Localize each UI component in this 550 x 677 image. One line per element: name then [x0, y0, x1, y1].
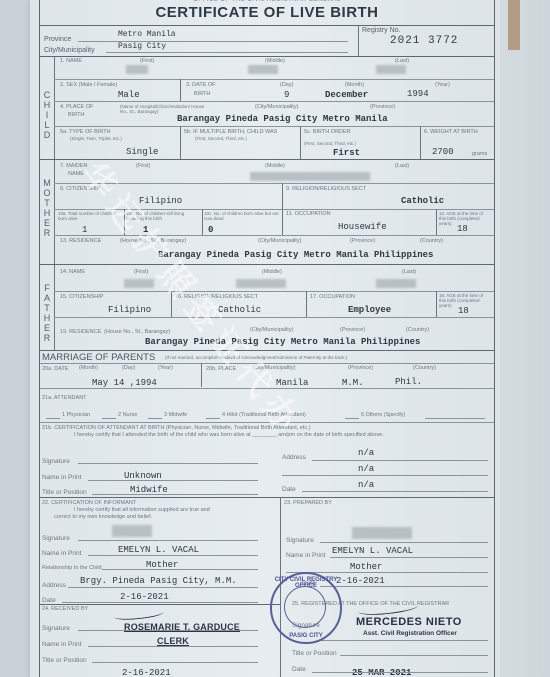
attendant-name-label: Name in Print [42, 474, 81, 481]
redacted-last-name [376, 65, 406, 74]
sex-value: Male [118, 90, 140, 100]
weight-value: 2700 [432, 147, 454, 157]
document-title: CERTIFICATE OF LIVE BIRTH [40, 4, 494, 21]
informant-date-value: 2-16-2021 [120, 592, 169, 602]
divider [40, 604, 280, 605]
divider [180, 126, 181, 159]
divider [54, 317, 494, 318]
attendant-option-others[interactable]: 5 Others (Specify) [361, 412, 405, 418]
registrar-name: MERCEDES NIETO [356, 616, 462, 628]
registered-title-label: Title or Position [292, 650, 337, 657]
multiple-birth-hint: (First, Second, Third, etc.) [195, 136, 247, 141]
divider [54, 101, 494, 102]
deceased-children-value: 0 [208, 225, 213, 235]
still-living-value: 1 [143, 225, 148, 235]
mother-occupation-label: 11. OCCUPATION [286, 211, 331, 217]
divider [436, 291, 437, 317]
mother-last-label: (Last) [395, 163, 409, 169]
total-children-value: 1 [82, 225, 87, 235]
divider [40, 56, 494, 57]
prepared-name-value: EMELYN L. VACAL [332, 546, 413, 556]
mother-first-label: (First) [136, 163, 150, 169]
birth-order-hint: (First, Second, Third, etc.) [304, 141, 356, 146]
attendant-option-hilot[interactable]: 4 Hilot (Traditional Birth Attendant) [222, 412, 306, 418]
marriage-month-label: (Month) [79, 365, 98, 371]
divider [54, 126, 494, 127]
maiden-name-label-2: NAME [68, 171, 84, 177]
divider [306, 291, 307, 317]
divider [358, 25, 359, 56]
father-occupation-value: Employee [348, 305, 391, 315]
divider [282, 209, 283, 235]
attendant-option-physician[interactable]: 1 Physician [62, 412, 90, 418]
checkbox-line [345, 418, 359, 419]
agency-name: OFFICE OF THE CIVIL REGISTRAR GENERAL [40, 0, 494, 3]
divider [40, 350, 494, 351]
checkbox-line [46, 418, 60, 419]
mother-citizenship-value: Filipino [139, 196, 182, 206]
checkbox-line [102, 418, 116, 419]
province-value: Metro Manila [118, 30, 176, 39]
mother-religion-label: 9. RELIGION/RELIGIOUS SECT [286, 186, 366, 192]
marriage-country-label: (Country) [413, 365, 436, 371]
pob-label: 4. PLACE OF [60, 104, 93, 110]
child-name-label: 1. NAME [60, 58, 82, 64]
father-residence-value: Barangay Pineda Pasig City Metro Manila … [145, 337, 420, 347]
prepared-title-value: Mother [350, 562, 382, 572]
marriage-province-value: M.M. [342, 378, 364, 388]
marriage-year-label: (Year) [158, 365, 173, 371]
informant-address-label: Address [42, 582, 66, 589]
redacted-mother-name [250, 172, 370, 181]
birth-order-value: First [333, 148, 360, 158]
underline [102, 569, 258, 570]
mother-province-label: (Province) [350, 238, 375, 244]
divider [171, 291, 172, 317]
underline [282, 475, 488, 476]
father-citizenship-value: Filipino [108, 305, 151, 315]
divider [40, 159, 494, 160]
section-label-child: CHILD [42, 90, 52, 140]
divider [202, 209, 203, 235]
dob-day: 9 [284, 90, 289, 100]
underline [302, 491, 488, 492]
attendant-option-midwife[interactable]: 3 Midwife [164, 412, 187, 418]
father-residence-label: 19. RESIDENCE [60, 329, 101, 335]
marriage-place-label: 20b. PLACE [206, 366, 236, 372]
redacted-father-middle [236, 279, 286, 288]
city-value: Pasig City [118, 42, 166, 51]
informant-relationship-label: Relationship to the Child [42, 565, 102, 571]
attendant-signature-label: Signature [42, 458, 70, 465]
father-middle-label: (Middle) [262, 269, 282, 275]
mother-citizenship-label: 8. CITIZENSHIP [60, 186, 100, 192]
underline [92, 662, 258, 663]
redacted-father-last [376, 279, 416, 288]
father-country-label: (Country) [406, 327, 429, 333]
underline [78, 463, 258, 464]
received-name-label: Name in Print [42, 641, 81, 648]
attendant-cert-text: I hereby certify that I attended the bir… [74, 432, 384, 438]
divider [40, 363, 494, 364]
divider [300, 126, 301, 159]
informant-text-2: correct to my own knowledge and belief. [54, 514, 152, 520]
informant-heading: 22. CERTIFICATION OF INFORMANT [42, 500, 136, 506]
underline [320, 586, 488, 587]
seal-emblem [284, 586, 326, 628]
underline [320, 542, 488, 543]
marriage-day-label: (Day) [122, 365, 135, 371]
mother-age-value: 18 [457, 224, 468, 234]
still-living-label: 10b. No. of children still living includ… [126, 211, 196, 221]
divider [40, 25, 494, 26]
mother-residence-label: 13. RESIDENCE [60, 238, 101, 244]
sex-label: 2. SEX (Male / Female) [60, 82, 117, 88]
divider [54, 183, 494, 184]
type-of-birth-value: Single [126, 147, 158, 157]
divider [40, 264, 494, 265]
divider [436, 209, 437, 235]
marriage-date-value: May 14 ,1994 [92, 378, 157, 388]
redacted-preparer-signature [352, 527, 412, 539]
father-age-value: 18 [458, 306, 469, 316]
father-occupation-label: 17. OCCUPATION [310, 294, 355, 300]
underline [92, 494, 258, 495]
dob-year: 1994 [407, 89, 429, 99]
marriage-city-label: (City/Municipality) [252, 365, 295, 371]
underline [88, 646, 258, 647]
informant-name-value: EMELYN L. VACAL [118, 545, 199, 555]
marriage-country-value: Phil. [395, 377, 422, 387]
month-label: (Month) [345, 82, 364, 88]
maiden-name-label: 7. MAIDEN [60, 163, 88, 169]
attendant-cert-label: 21b. CERTIFICATION OF ATTENDANT AT BIRTH… [42, 425, 311, 431]
father-city-label: (City/Municipality) [250, 327, 293, 333]
attendant-address-label: Address [282, 454, 306, 461]
father-citizenship-label: 15. CITIZENSHIP [60, 294, 103, 300]
checkbox-line [206, 418, 220, 419]
section-label-mother: MOTHER [42, 178, 52, 238]
divider [54, 209, 494, 210]
pob-province-label: (Province) [370, 104, 395, 110]
registered-date-label: Date [292, 666, 306, 673]
child-middle-label: (Middle) [265, 58, 285, 64]
divider [180, 79, 181, 101]
dob-month: December [325, 90, 368, 100]
underline [340, 655, 488, 656]
redacted-middle-name [248, 65, 278, 74]
informant-signature-label: Signature [42, 535, 70, 542]
received-signature-label: Signature [42, 625, 70, 632]
divider [54, 79, 494, 80]
folder-tab [508, 0, 520, 50]
divider [124, 209, 125, 235]
year-label: (Year) [435, 82, 450, 88]
marriage-province-label: (Province) [348, 365, 373, 371]
prepared-signature-label: Signature [286, 537, 314, 544]
mother-country-label: (Country) [420, 238, 443, 244]
attendant-option-nurse[interactable]: 2 Nurse [118, 412, 137, 418]
divider [282, 183, 283, 209]
divider [40, 388, 494, 389]
received-title-value: CLERK [157, 636, 189, 646]
marriage-heading: MARRIAGE OF PARENTS [42, 352, 155, 363]
mother-middle-label: (Middle) [265, 163, 285, 169]
deceased-children-label: 10c. No. of children born alive but are … [204, 211, 279, 221]
child-first-label: (First) [140, 58, 154, 64]
marriage-note: (If not married, accomplish Affidavit of… [165, 355, 347, 360]
dob-label: 3. DATE OF [186, 82, 216, 88]
informant-text-1: I hereby certify that all information su… [74, 507, 210, 513]
background-strip [500, 0, 550, 677]
underline [106, 52, 348, 53]
weight-label: 6. WEIGHT AT BIRTH [424, 129, 478, 135]
divider [420, 126, 421, 159]
divider [54, 235, 494, 236]
checkbox-line [148, 418, 162, 419]
attendant-date-value: n/a [358, 480, 374, 490]
divider [40, 422, 494, 423]
pob-label-2: BIRTH [68, 112, 84, 118]
prepared-by-heading: 23. PREPARED BY [284, 500, 332, 506]
registry-number: 2021 3772 [390, 35, 458, 47]
father-name-label: 14. NAME [60, 269, 85, 275]
prepared-name-label: Name in Print [286, 552, 325, 559]
informant-name-label: Name in Print [42, 550, 81, 557]
section-label-father: FATHER [42, 283, 52, 343]
father-religion-value: Catholic [218, 305, 261, 315]
birth-order-label: 5c. BIRTH ORDER [304, 129, 351, 135]
mother-religion-value: Catholic [401, 196, 444, 206]
pob-hint: (Name of Hospital/Clinic/Institution/ Ho… [120, 104, 210, 114]
attendant-address-value-1: n/a [358, 448, 374, 458]
seal-bottom-text: PASIG CITY [272, 633, 340, 639]
weight-unit: grams [472, 151, 487, 157]
divider [54, 291, 494, 292]
underline [88, 555, 258, 556]
attendant-title-label: Title or Position [42, 489, 87, 496]
place-of-birth-value: Barangay Pineda Pasig City Metro Manila [177, 114, 388, 124]
underline [62, 602, 258, 603]
underline [312, 460, 488, 461]
mother-city-label: (City/Municipality) [258, 238, 301, 244]
father-province-label: (Province) [340, 327, 365, 333]
attendant-label: 21a. ATTENDANT [42, 395, 87, 401]
divider [201, 363, 202, 387]
received-signature [114, 607, 165, 621]
father-religion-label: 16. RELIGION/RELIGIOUS SECT [175, 294, 258, 300]
redacted-father-first [124, 279, 154, 288]
city-label: City/Municipality [44, 47, 95, 54]
child-last-label: (Last) [395, 58, 409, 64]
redacted-first-name [126, 65, 148, 74]
underline [320, 640, 488, 641]
marriage-city-value: Manila [276, 378, 308, 388]
underline [330, 557, 488, 558]
underline [68, 587, 258, 588]
underline [312, 672, 488, 673]
prepared-date-value: 2-16-2021 [336, 576, 385, 586]
registry-label: Registry No. [362, 27, 401, 34]
underline [425, 418, 485, 419]
father-residence-hint: (House No., St., Barangay) [104, 329, 170, 335]
received-name-value: ROSEMARIE T. GARDUCE [124, 622, 240, 632]
underline [78, 540, 258, 541]
father-first-label: (First) [134, 269, 148, 275]
birth-certificate-form: OFFICE OF THE CIVIL REGISTRAR GENERAL CE… [39, 0, 495, 677]
received-date-value: 2-16-2021 [122, 668, 171, 677]
province-label: Province [44, 36, 71, 43]
underline [88, 480, 258, 481]
marriage-date-label: 20a. DATE [42, 366, 69, 372]
mother-residence-value: Barangay Pineda Pasig City Metro Manila … [158, 250, 433, 260]
mother-residence-hint: (House No., St., Barangay) [120, 238, 186, 244]
mother-occupation-value: Housewife [338, 222, 387, 232]
redacted-informant-signature [112, 525, 152, 537]
divider [40, 497, 494, 498]
received-title-label: Title or Position [42, 657, 87, 664]
multiple-birth-label: 5b. IF MULTIPLE BIRTH, CHILD WAS [184, 129, 277, 135]
day-label: (Day) [280, 82, 293, 88]
attendant-address-value-2: n/a [358, 464, 374, 474]
informant-date-label: Date [42, 597, 56, 604]
received-by-heading: 24. RECEIVED BY [42, 606, 88, 612]
type-of-birth-label: 5a. TYPE OF BIRTH [60, 129, 111, 135]
informant-address-value: Brgy. Pineda Pasig City, M.M. [80, 576, 237, 586]
attendant-date-label: Date [282, 486, 296, 493]
dob-label-2: BIRTH [194, 91, 210, 97]
type-of-birth-hint: (Single, Twin, Triplet, etc.) [70, 136, 122, 141]
registrar-position: Asst. Civil Registration Officer [363, 630, 457, 637]
pob-city-label: (City/Municipality) [255, 104, 298, 110]
registry-office-seal: CITY CIVIL REGISTRY OFFICE PASIG CITY [270, 572, 342, 644]
total-children-label: 10a. Total number of children born alive [58, 211, 120, 221]
father-last-label: (Last) [402, 269, 416, 275]
